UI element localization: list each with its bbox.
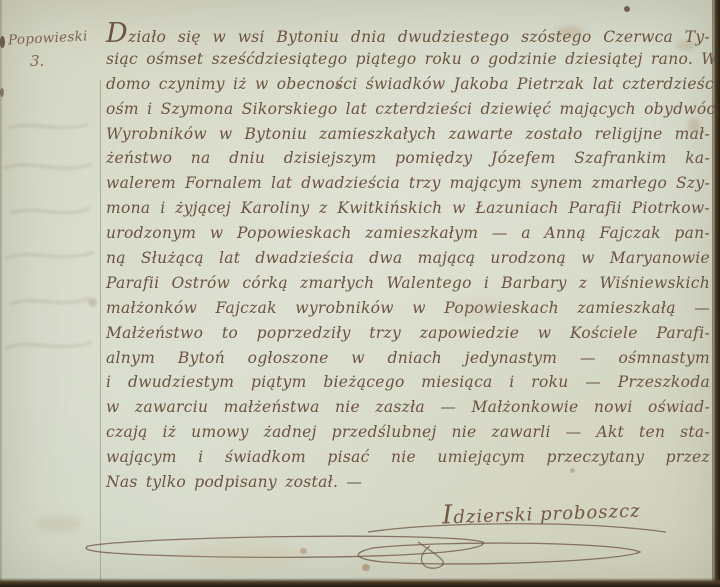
act-line: urodzonym w Popowieskach zamieszkałym — … [106, 221, 710, 246]
act-line: ośm i Szymona Sikorskiego lat czterdzieś… [106, 97, 710, 122]
act-line: Działo się w wsi Bytoniu dnia dwudzieste… [106, 22, 710, 47]
scan-edge-right [712, 0, 720, 587]
margin-place-note: Popowieski [8, 28, 103, 49]
act-text-block: Działo się w wsi Bytoniu dnia dwudzieste… [106, 22, 710, 495]
act-line: Wyrobników w Bytoniu zamieszkałych zawar… [106, 122, 710, 147]
act-line: małżonków Fajczak wyrobników w Popowiesk… [106, 296, 710, 321]
scan-edge-bottom [0, 578, 720, 587]
ink-bleed-ghost [0, 108, 100, 378]
act-line: żeństwo na dniu dzisiejszym pomiędzy Józ… [106, 146, 710, 171]
act-line: siąc ośmset sześćdziesiątego piątego rok… [106, 47, 710, 72]
paper-stain [624, 6, 630, 12]
act-line: alnym Bytoń ogłoszone w dniach jedynasty… [106, 346, 710, 371]
document-page: Popowieski 3. Działo się w wsi Bytoniu d… [0, 0, 720, 587]
act-line: czają iż umowy żadnej przedślubnej nie z… [106, 420, 710, 445]
act-line: ną Służącą lat dwadzieścia dwa mającą ur… [106, 246, 710, 271]
act-line: Nas tylko podpisany został. — [106, 470, 710, 495]
act-line: walerem Fornalem lat dwadzieścia trzy ma… [106, 171, 710, 196]
act-line: Parafii Ostrów córką zmarłych Walentego … [106, 271, 710, 296]
act-line: Małżeństwo to poprzedziły trzy zapowiedz… [106, 321, 710, 346]
margin-rule-line [100, 80, 101, 587]
act-line: wającym i świadkom pisać nie umiejącym p… [106, 445, 710, 470]
act-number: 3. [30, 52, 44, 70]
act-line: i dwudziestym piątym bieżącego miesiąca … [106, 370, 710, 395]
act-line: domo czynimy iż w obecności świadków Jak… [106, 72, 710, 97]
act-line: mona i żyjącej Karoliny z Kwitkińskich w… [106, 196, 710, 221]
act-line: w zawarciu małżeństwa nie zaszła — Małżo… [106, 395, 710, 420]
signature-flourish [18, 512, 688, 582]
